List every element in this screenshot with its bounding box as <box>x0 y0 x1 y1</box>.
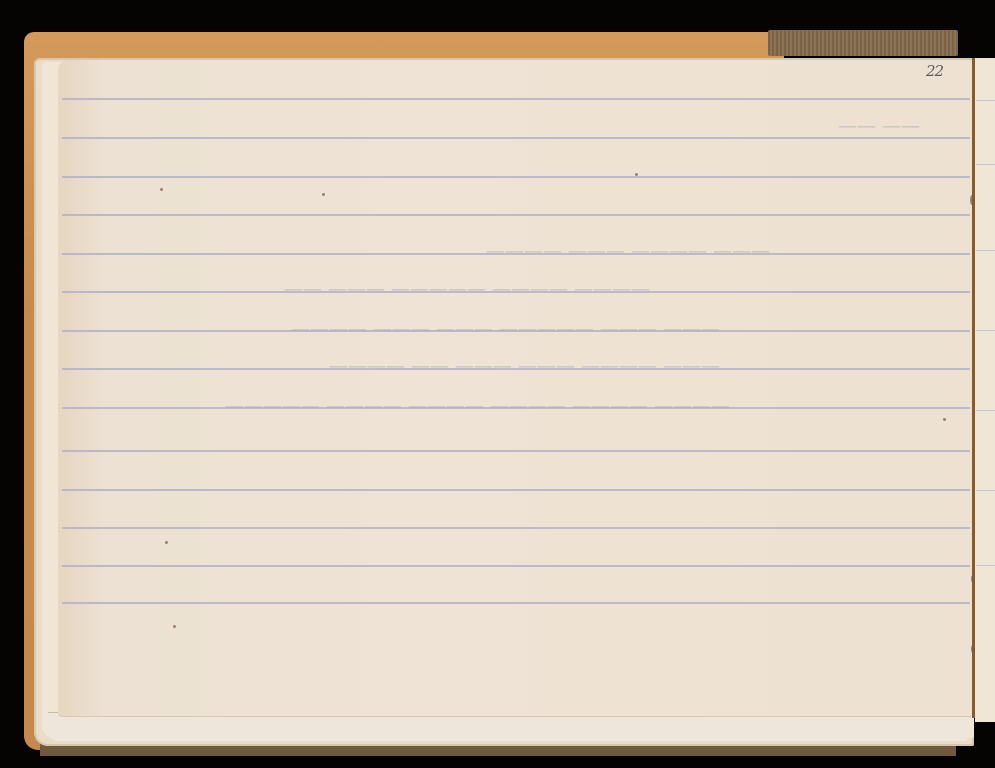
paper-speck <box>970 195 974 205</box>
paper-speck <box>165 541 168 544</box>
ruled-line <box>62 565 970 567</box>
paper-speck <box>943 418 946 421</box>
adjacent-page-edge <box>975 58 995 722</box>
adjacent-ruled-line <box>976 565 995 566</box>
adjacent-ruled-line <box>976 100 995 101</box>
ruled-line <box>62 214 970 216</box>
ruled-line <box>62 450 970 452</box>
binding-cloth-top <box>768 30 958 56</box>
bleed-through-line: ———— ———— ————— ——— —— <box>90 278 650 300</box>
paper-speck <box>971 645 975 653</box>
ruled-line <box>62 602 970 604</box>
paper-speck <box>173 625 176 628</box>
page-number: 22 <box>926 62 943 80</box>
paper-speck <box>322 193 325 196</box>
notebook-page <box>58 60 972 716</box>
adjacent-ruled-line <box>976 490 995 491</box>
adjacent-ruled-line <box>976 330 995 331</box>
paper-speck <box>971 575 975 583</box>
ruled-line <box>62 176 970 178</box>
ruled-line <box>62 527 970 529</box>
ruled-line <box>62 137 970 139</box>
ruled-line <box>62 98 970 100</box>
paper-speck <box>635 173 638 176</box>
bleed-through-line: ——— ———— ——— ——— —— ———— <box>70 355 720 377</box>
adjacent-ruled-line <box>976 164 995 165</box>
adjacent-ruled-line <box>976 410 995 411</box>
bleed-through-line: ——— ———— ——— ———— <box>90 240 770 262</box>
page-edges-bottom <box>48 712 968 741</box>
bleed-through-line: ———— ———— ———— ———— ———— ————— <box>70 395 730 417</box>
paper-speck <box>160 188 163 191</box>
bleed-through-line: ——— ——— ————— ——— ——— ———— <box>100 318 720 340</box>
ruled-line <box>62 489 970 491</box>
adjacent-ruled-line <box>976 250 995 251</box>
bleed-through-line: —— —— <box>540 115 920 137</box>
